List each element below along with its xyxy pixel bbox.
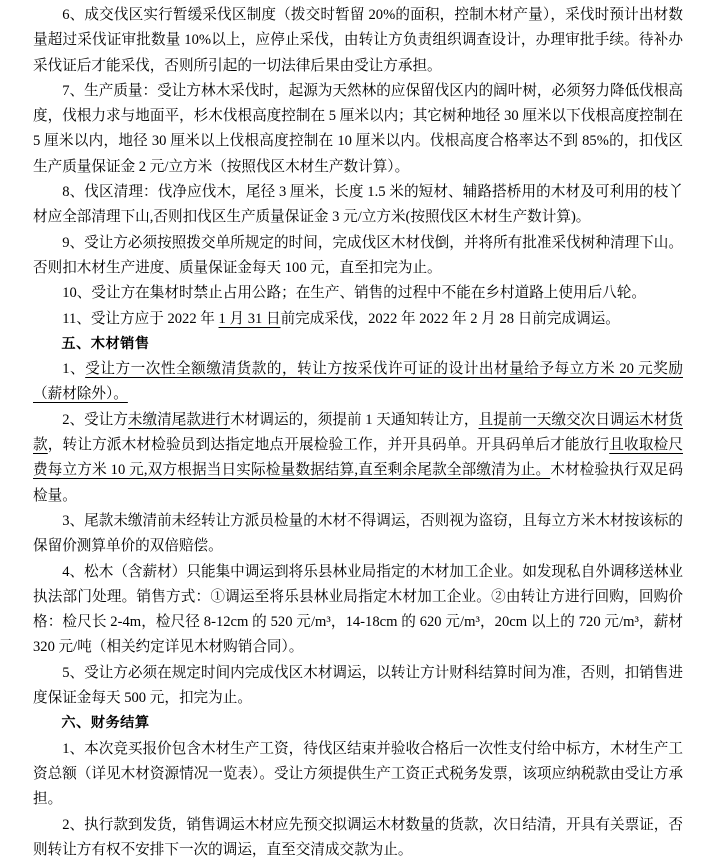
text-segment: 8、伐区清理：伐净应伐木，尾径 3 厘米，长度 1.5 米的短材、辅路搭桥用的木…	[33, 184, 683, 225]
text-segment: 5、受让方必须在规定时间内完成伐区木材调运，以转让方计财科结算时间为准，否则，扣…	[33, 665, 683, 706]
underlined-text-segment: 受让方一次性全额缴清货款的，转让方按采伐许可证的设计出材量给予每立方米 20 元…	[33, 361, 683, 402]
text-segment: 9、受让方必须按照拨交单所规定的时间，完成伐区木材伐倒，并将所有批准采伐树种清理…	[33, 235, 683, 276]
text-segment: 4、松木（含薪材）只能集中调运到将乐县林业局指定的木材加工企业。如发现私自外调移…	[33, 564, 683, 656]
clause-finance-1-paragraph: 1、本次竞买报价包含木材生产工资，待伐区结束并验收合格后一次性支付给中标方，木材…	[33, 737, 683, 813]
text-segment: 1、本次竞买报价包含木材生产工资，待伐区结束并验收合格后一次性支付给中标方，木材…	[33, 741, 683, 808]
text-segment: 2、执行款到发货，销售调运木材应先预交拟调运木材数量的货款，次日结清，开具有关票…	[33, 817, 683, 858]
clause-harvest-8-paragraph: 8、伐区清理：伐净应伐木，尾径 3 厘米，长度 1.5 米的短材、辅路搭桥用的木…	[33, 180, 683, 231]
text-segment: 10、受让方在集材时禁止占用公路；在生产、销售的过程中不能在乡村道路上使用后八轮…	[62, 285, 646, 301]
clause-sales-2-paragraph: 2、受让方未缴清尾款进行木材调运的，须提前 1 天通知转让方，且提前一天缴交次日…	[33, 408, 683, 509]
text-segment: 7、生产质量：受让方林木采伐时，起源为天然林的应保留伐区内的阔叶树，必须努力降低…	[33, 83, 683, 175]
heading-text: 五、木材销售	[61, 336, 149, 352]
clause-harvest-7-paragraph: 7、生产质量：受让方林木采伐时，起源为天然林的应保留伐区内的阔叶树，必须努力降低…	[33, 79, 683, 180]
text-segment: 1、	[62, 361, 85, 377]
text-segment: 前完成采伐，2022 年 2022 年 2 月 28 日前完成调运。	[281, 311, 620, 327]
clause-harvest-10-paragraph: 10、受让方在集材时禁止占用公路；在生产、销售的过程中不能在乡村道路上使用后八轮…	[33, 281, 683, 306]
text-segment: 2、受让方	[62, 412, 128, 428]
underlined-text-segment: 1 月 31 日	[219, 311, 281, 327]
section-heading-financial-settlement: 六、财务结算	[33, 711, 683, 736]
heading-text: 六、财务结算	[61, 715, 149, 731]
text-segment: 6、成交伐区实行暂缓采伐区制度（拨交时暂留 20%的面积，控制木材产量），采伐时…	[33, 7, 683, 74]
clause-harvest-9-paragraph: 9、受让方必须按照拨交单所规定的时间，完成伐区木材伐倒，并将所有批准采伐树种清理…	[33, 231, 683, 282]
text-segment: 木材调运的，须提前 1 天通知转让方，	[230, 412, 478, 428]
text-segment: 11、受让方应于 2022 年	[62, 311, 218, 327]
clause-sales-4-paragraph: 4、松木（含薪材）只能集中调运到将乐县林业局指定的木材加工企业。如发现私自外调移…	[33, 560, 683, 661]
clause-harvest-11-paragraph: 11、受让方应于 2022 年 1 月 31 日前完成采伐，2022 年 202…	[33, 307, 683, 332]
clause-finance-2-paragraph: 2、执行款到发货，销售调运木材应先预交拟调运木材数量的货款，次日结清，开具有关票…	[33, 813, 683, 861]
text-segment: ，转让方派木材检验员到达指定地点开展检验工作，并开具码单。开具码单后才能放行	[48, 437, 609, 453]
clause-harvest-6-paragraph: 6、成交伐区实行暂缓采伐区制度（拨交时暂留 20%的面积，控制木材产量），采伐时…	[33, 3, 683, 79]
section-heading-timber-sales: 五、木材销售	[33, 332, 683, 357]
clause-sales-5-paragraph: 5、受让方必须在规定时间内完成伐区木材调运，以转让方计财科结算时间为准，否则，扣…	[33, 661, 683, 712]
clause-sales-1-paragraph: 1、受让方一次性全额缴清货款的，转让方按采伐许可证的设计出材量给予每立方米 20…	[33, 357, 683, 408]
text-segment: 3、尾款未缴清前未经转让方派员检量的木材不得调运，否则视为盗窃，且每立方米木材按…	[33, 513, 683, 554]
clause-sales-3-paragraph: 3、尾款未缴清前未经转让方派员检量的木材不得调运，否则视为盗窃，且每立方米木材按…	[33, 509, 683, 560]
underlined-text-segment: 未缴清尾款进行	[128, 412, 230, 428]
document-page: 6、成交伐区实行暂缓采伐区制度（拨交时暂留 20%的面积，控制木材产量），采伐时…	[0, 0, 707, 861]
